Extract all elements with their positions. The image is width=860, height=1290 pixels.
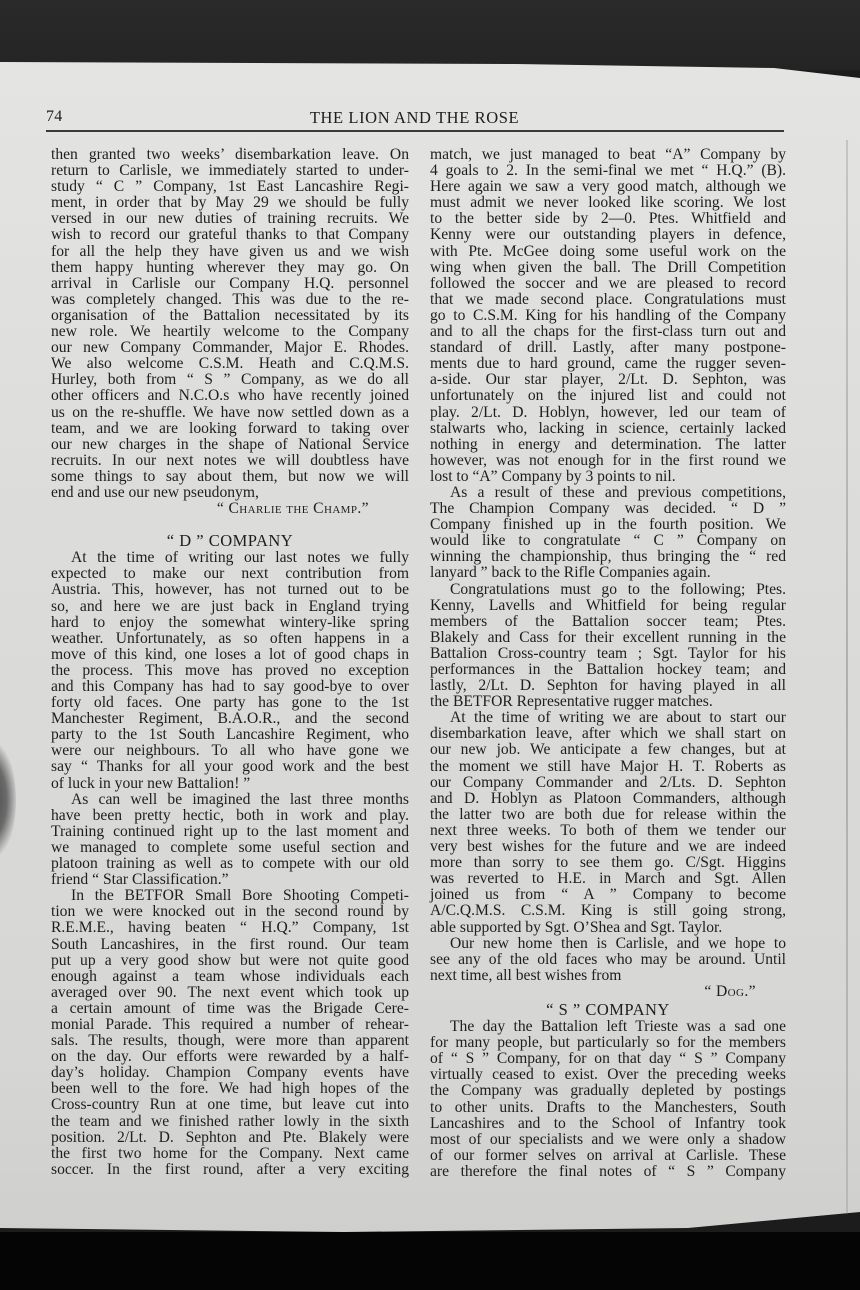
text-line: ments due to hard ground, came the rugge… bbox=[430, 356, 786, 372]
text-line: tion we were knocked out in the second r… bbox=[51, 904, 409, 920]
text-line: enough against a team whose individuals … bbox=[51, 969, 409, 985]
text-line: very best wishes for the future and we a… bbox=[430, 839, 786, 855]
text-line: As a result of these and previous compet… bbox=[430, 485, 786, 501]
text-line: wish to record our grateful thanks to th… bbox=[51, 227, 409, 243]
text-line: virtually ceased to exist. Over the prec… bbox=[430, 1067, 786, 1083]
text-line: and D. Hoblyn as Platoon Commanders, alt… bbox=[430, 791, 786, 807]
text-line: play. 2/Lt. D. Hoblyn, however, led our … bbox=[430, 405, 786, 421]
text-line: the BETFOR Representative rugger matches… bbox=[430, 694, 786, 710]
page-header: 74 THE LION AND THE ROSE bbox=[46, 106, 783, 132]
text-line: Blakely and Cass for their excellent run… bbox=[430, 630, 786, 646]
paragraph: Congratulations must go to the following… bbox=[430, 582, 786, 711]
text-line: lanyard ” back to the Rifle Companies ag… bbox=[430, 565, 786, 581]
binding-shadow bbox=[0, 740, 16, 860]
text-line: At the time of writing our last notes we… bbox=[51, 550, 409, 566]
text-line: standard of drill. Lastly, after many po… bbox=[430, 340, 786, 356]
text-line: with Pte. McGee doing some useful work o… bbox=[430, 244, 786, 260]
text-line: see any of the old faces who may be arou… bbox=[430, 952, 786, 968]
text-line: R.E.M.E., having beaten “ H.Q.” Company,… bbox=[51, 920, 409, 936]
text-line: At the time of writing we are about to s… bbox=[430, 710, 786, 726]
text-line: Cross-country Run at one time, but leave… bbox=[51, 1097, 409, 1113]
right-column: match, we just managed to beat “A” Compa… bbox=[430, 147, 786, 1180]
text-line: our new Company Commander, Major E. Rhod… bbox=[51, 340, 409, 356]
paragraph: The day the Battalion left Trieste was a… bbox=[430, 1019, 786, 1180]
text-line: must admit we never looked like scoring.… bbox=[430, 195, 786, 211]
text-line: platoon training as well as to compete w… bbox=[51, 856, 409, 872]
paragraph: At the time of writing our last notes we… bbox=[51, 550, 409, 791]
left-column: then granted two weeks’ disembarkation l… bbox=[51, 147, 409, 1178]
text-line: end and use our new pseudonym, bbox=[51, 485, 409, 501]
header-rule bbox=[46, 130, 784, 132]
text-line: study “ C ” Company, 1st East Lancashire… bbox=[51, 179, 409, 195]
text-line: Our new home then is Carlisle, and we ho… bbox=[430, 936, 786, 952]
text-line: nothing in energy and determination. The… bbox=[430, 437, 786, 453]
text-line: the team and we finished rather lowly in… bbox=[51, 1114, 409, 1130]
text-line: so, and here we are just back in England… bbox=[51, 599, 409, 615]
text-line: the first two home for the Company. Next… bbox=[51, 1146, 409, 1162]
paragraph: As can well be imagined the last three m… bbox=[51, 792, 409, 889]
text-line: the moment we still have Major H. T. Rob… bbox=[430, 759, 786, 775]
text-line: As can well be imagined the last three m… bbox=[51, 792, 409, 808]
text-line: the process. This move has proved no exc… bbox=[51, 663, 409, 679]
text-line: day’s holiday. Champion Company events h… bbox=[51, 1065, 409, 1081]
text-line: match, we just managed to beat “A” Compa… bbox=[430, 147, 786, 163]
section-heading-d-company: “ D ” COMPANY bbox=[51, 533, 409, 549]
text-line: them happy hunting wherever they may go.… bbox=[51, 260, 409, 276]
text-line: Battalion Cross-country team ; Sgt. Tayl… bbox=[430, 646, 786, 662]
text-line: joined us from “ A ” Company to become bbox=[430, 887, 786, 903]
text-line: are therefore the final notes of “ S ” C… bbox=[430, 1164, 786, 1180]
text-line: on the day. Our efforts were rewarded by… bbox=[51, 1049, 409, 1065]
text-line: Austria. This, however, has not turned o… bbox=[51, 582, 409, 598]
paragraph: In the BETFOR Small Bore Shooting Compet… bbox=[51, 888, 409, 1178]
text-line: A/C.Q.M.S. C.S.M. King is still going st… bbox=[430, 903, 786, 919]
paragraph: match, we just managed to beat “A” Compa… bbox=[430, 147, 786, 485]
text-line: party to the 1st South Lancashire Regime… bbox=[51, 727, 409, 743]
text-line: hard to enjoy the somewhat wintery-like … bbox=[51, 615, 409, 631]
text-line: and to all the chaps for the first-class… bbox=[430, 324, 786, 340]
text-line: friend “ Star Classification.” bbox=[51, 872, 409, 888]
text-line: say “ Thanks for all your good work and … bbox=[51, 759, 409, 775]
section-heading-s-company: “ S ” COMPANY bbox=[430, 1002, 786, 1018]
text-line: have been pretty hectic, both in work an… bbox=[51, 808, 409, 824]
text-line: versed in our new duties of training rec… bbox=[51, 211, 409, 227]
paragraph: At the time of writing we are about to s… bbox=[430, 710, 786, 935]
text-line: 4 goals to 2. In the semi-final we met “… bbox=[430, 163, 786, 179]
text-line: lastly, 2/Lt. D. Sephton for having play… bbox=[430, 678, 786, 694]
background-top bbox=[0, 0, 860, 70]
text-line: Here again we saw a very good match, alt… bbox=[430, 179, 786, 195]
text-line: disembarkation leave, after which we sha… bbox=[430, 726, 786, 742]
text-line: performances in the Battalion hockey tea… bbox=[430, 662, 786, 678]
text-line: averaged over 90. The next event which t… bbox=[51, 985, 409, 1001]
text-line: new role. We heartily welcome to the Com… bbox=[51, 324, 409, 340]
text-line: been well to the fore. We had high hopes… bbox=[51, 1081, 409, 1097]
text-line: our new job. We anticipate a few changes… bbox=[430, 742, 786, 758]
text-line: was reverted to H.E. in March and Sgt. A… bbox=[430, 871, 786, 887]
text-line: able supported by Sgt. O’Shea and Sgt. T… bbox=[430, 920, 786, 936]
text-line: The day the Battalion left Trieste was a… bbox=[430, 1019, 786, 1035]
text-line: and this Company has had to say good-bye… bbox=[51, 679, 409, 695]
text-line: organisation of the Battalion necessitat… bbox=[51, 308, 409, 324]
text-line: Kenny were our outstanding players in de… bbox=[430, 227, 786, 243]
text-line: Hurley, both from “ S ” Company, as we d… bbox=[51, 372, 409, 388]
text-line: arrival in Carlisle our Company H.Q. per… bbox=[51, 276, 409, 292]
signature-charlie-the-champ: “ Charlie the Champ.” bbox=[51, 501, 409, 517]
text-line: more than sorry to see them go. C/Sgt. H… bbox=[430, 855, 786, 871]
text-line: monial Parade. This required a number of… bbox=[51, 1017, 409, 1033]
text-line: other officers and N.C.O.s who have rece… bbox=[51, 388, 409, 404]
text-line: winning the championship, thus bringing … bbox=[430, 549, 786, 565]
text-line: In the BETFOR Small Bore Shooting Compet… bbox=[51, 888, 409, 904]
text-line: members of the Battalion soccer team; Pt… bbox=[430, 614, 786, 630]
text-line: unfortunately on the injured list and co… bbox=[430, 388, 786, 404]
text-line: Manchester Regiment, B.A.O.R., and the s… bbox=[51, 711, 409, 727]
text-line: of luck in your new Battalion! ” bbox=[51, 776, 409, 792]
text-line: of “ S ” Company, for on that day “ S ” … bbox=[430, 1051, 786, 1067]
page-edge bbox=[846, 140, 848, 1270]
paragraph: Our new home then is Carlisle, and we ho… bbox=[430, 936, 786, 984]
text-line: were our neighbours. To all who have gon… bbox=[51, 743, 409, 759]
text-line: we managed to complete some useful secti… bbox=[51, 840, 409, 856]
text-line: next time, all best wishes from bbox=[430, 968, 786, 984]
text-line: lost to “A” Company by 3 points to nil. bbox=[430, 469, 786, 485]
text-line: weather. Unfortunately, as so often happ… bbox=[51, 631, 409, 647]
c-company-closing-paragraph: then granted two weeks’ disembarkation l… bbox=[51, 147, 409, 501]
text-line: us on the re-shuffle. We have now settle… bbox=[51, 405, 409, 421]
text-line: next three weeks. To both of them we ten… bbox=[430, 823, 786, 839]
text-line: then granted two weeks’ disembarkation l… bbox=[51, 147, 409, 163]
background-bottom bbox=[0, 1232, 860, 1290]
text-line: some things to say about them, but now w… bbox=[51, 469, 409, 485]
text-line: would like to congratulate “ C ” Company… bbox=[430, 533, 786, 549]
text-line: expected to make our next contribution f… bbox=[51, 566, 409, 582]
text-line: go to C.S.M. King for his handling of th… bbox=[430, 308, 786, 324]
text-line: return to Carlisle, we immediately start… bbox=[51, 163, 409, 179]
text-line: a certain amount of time was the Brigade… bbox=[51, 1001, 409, 1017]
text-line: recruits. In our next notes we will doub… bbox=[51, 453, 409, 469]
text-line: our Company Commander and 2/Lts. D. Seph… bbox=[430, 775, 786, 791]
text-line: put up a very good show but were not qui… bbox=[51, 953, 409, 969]
text-line: The Champion Company was decided. “ D ” bbox=[430, 501, 786, 517]
text-line: ment, in order that by May 29 we should … bbox=[51, 195, 409, 211]
text-line: to other units. Drafts to the Manchester… bbox=[430, 1100, 786, 1116]
text-line: sals. The results, though, were more tha… bbox=[51, 1033, 409, 1049]
text-line: for many people, but particularly so for… bbox=[430, 1035, 786, 1051]
text-line: of our former selves on arrival at Carli… bbox=[430, 1148, 786, 1164]
text-line: however, was not enough for in the first… bbox=[430, 453, 786, 469]
text-line: forty old faces. One party has gone to t… bbox=[51, 695, 409, 711]
text-line: team, and we are looking forward to taki… bbox=[51, 421, 409, 437]
text-line: to the better side by 2—0. Ptes. Whitfie… bbox=[430, 211, 786, 227]
text-line: Company finished up in the fourth positi… bbox=[430, 517, 786, 533]
text-line: Lancashires and to the School of Infantr… bbox=[430, 1116, 786, 1132]
running-title: THE LION AND THE ROSE bbox=[46, 108, 783, 128]
text-line: Kenny, Lavells and Whitfield for being r… bbox=[430, 598, 786, 614]
text-line: Training continued right up to the last … bbox=[51, 824, 409, 840]
text-line: a-side. Our star player, 2/Lt. D. Sephto… bbox=[430, 372, 786, 388]
text-line: was completely changed. This was due to … bbox=[51, 292, 409, 308]
text-line: for all the help they have given us and … bbox=[51, 244, 409, 260]
text-line: South Lancashires, in the first round. O… bbox=[51, 937, 409, 953]
text-line: We also welcome C.S.M. Heath and C.Q.M.S… bbox=[51, 356, 409, 372]
text-line: the latter two are both due for release … bbox=[430, 807, 786, 823]
text-line: stalwarts who, lacking in science, certa… bbox=[430, 421, 786, 437]
text-line: position. 2/Lt. D. Sephton and Pte. Blak… bbox=[51, 1130, 409, 1146]
text-line: that we made second place. Congratulatio… bbox=[430, 292, 786, 308]
text-line: move of this kind, one loses a lot of go… bbox=[51, 647, 409, 663]
text-line: soccer. In the first round, after a very… bbox=[51, 1162, 409, 1178]
text-line: wing when given the ball. The Drill Comp… bbox=[430, 260, 786, 276]
text-line: the Company was gradually depleted by po… bbox=[430, 1083, 786, 1099]
signature-dog: “ Dog.” bbox=[430, 984, 786, 1000]
text-line: followed the soccer and we are pleased t… bbox=[430, 276, 786, 292]
paragraph: As a result of these and previous compet… bbox=[430, 485, 786, 582]
text-line: Congratulations must go to the following… bbox=[430, 582, 786, 598]
text-line: most of our specialists and we were only… bbox=[430, 1132, 786, 1148]
text-line: our new charges in the shape of National… bbox=[51, 437, 409, 453]
